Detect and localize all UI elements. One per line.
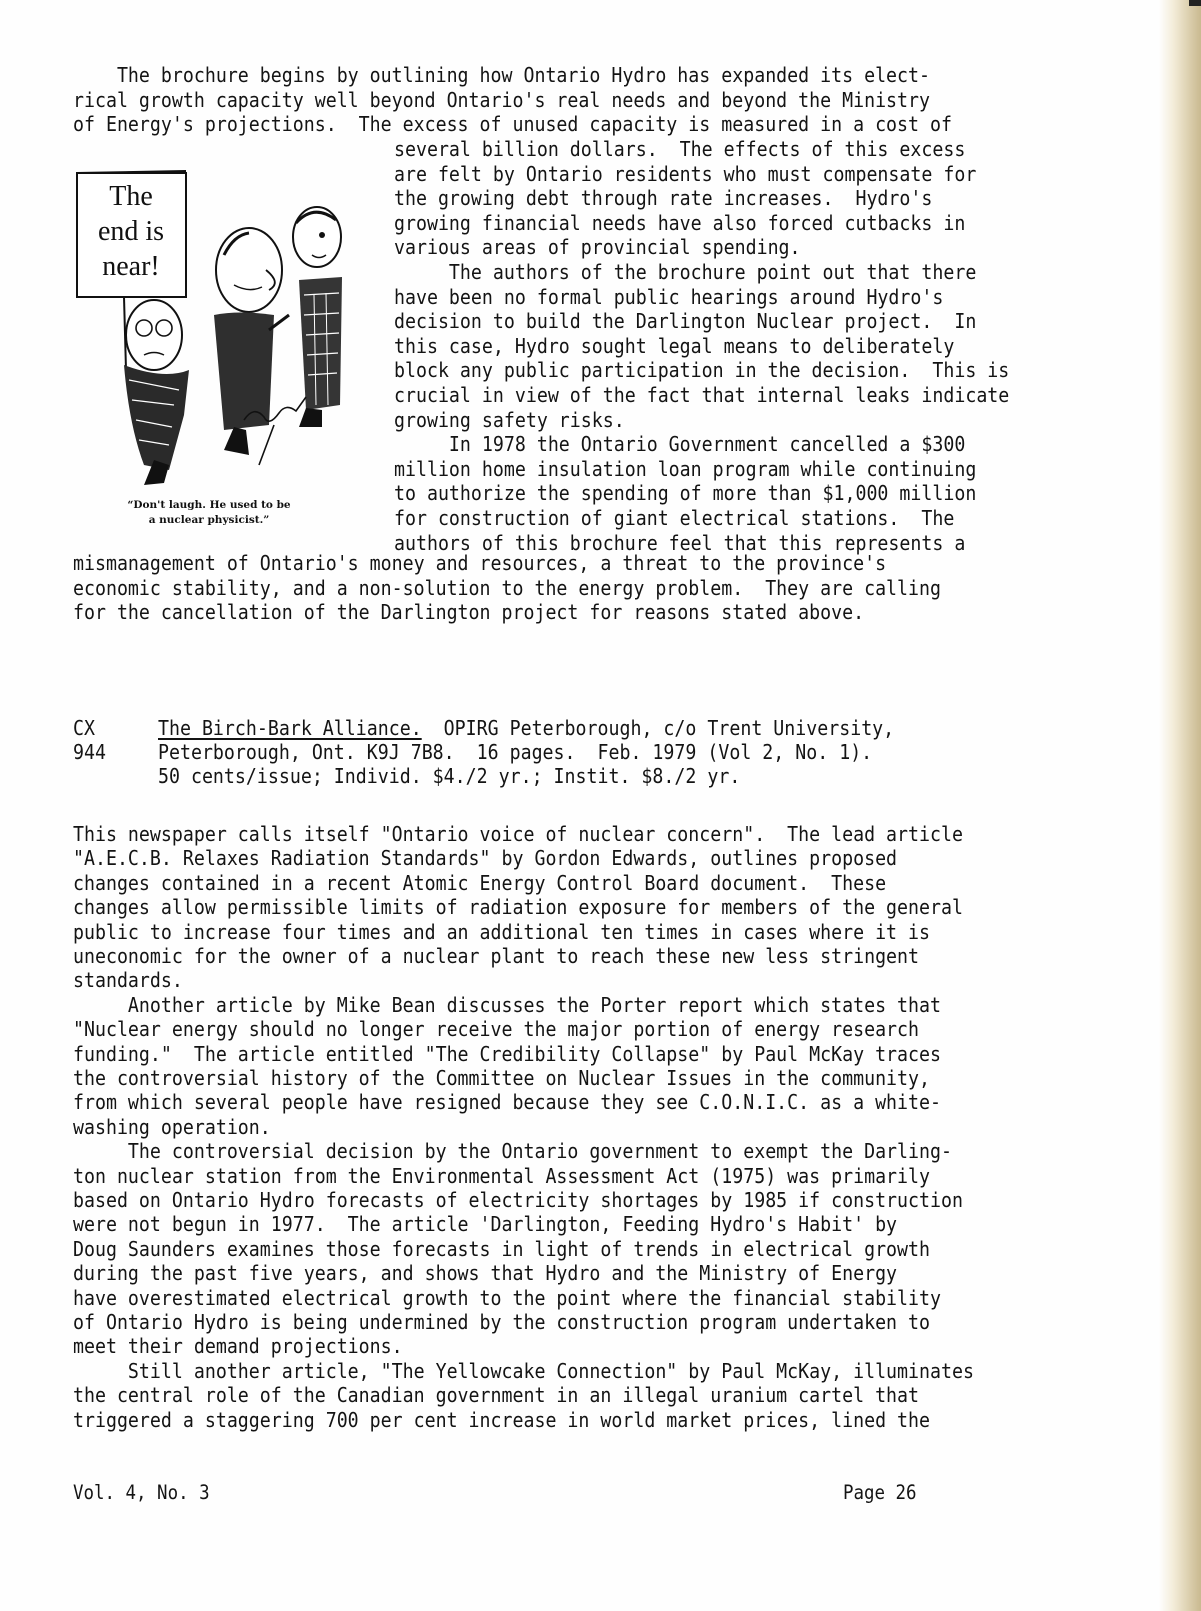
text-line: are felt by Ontario residents who must c…: [394, 162, 976, 186]
text-line: In 1978 the Ontario Government cancelled…: [394, 432, 965, 456]
text-line: of Energy's projections. The excess of u…: [73, 112, 952, 136]
text-line: Doug Saunders examines those forecasts i…: [73, 1237, 930, 1261]
entry-title: The Birch-Bark Alliance.: [158, 716, 422, 740]
cartoon-caption-line-1: “Don't laugh. He used to be: [74, 498, 344, 513]
text-line: Another article by Mike Bean discusses t…: [73, 993, 941, 1017]
text-line: for construction of giant electrical sta…: [394, 506, 954, 530]
text-line: growing safety risks.: [394, 408, 625, 432]
text-line: standards.: [73, 968, 183, 992]
text-line: the growing debt through rate increases.…: [394, 186, 932, 210]
text-line: "A.E.C.B. Relaxes Radiation Standards" b…: [73, 846, 897, 870]
entry-line-3: 50 cents/issue; Individ. $4./2 yr.; Inst…: [158, 764, 740, 788]
sign-text-2: end is: [98, 216, 164, 247]
text-line: crucial in view of the fact that interna…: [394, 383, 1009, 407]
entry-line-1: The Birch-Bark Alliance. OPIRG Peterboro…: [158, 716, 894, 740]
page-edge-binding: [1159, 0, 1201, 1611]
text-line: based on Ontario Hydro forecasts of elec…: [73, 1188, 963, 1212]
entry-code-1: CX: [73, 716, 95, 740]
text-line: the central role of the Canadian governm…: [73, 1383, 919, 1407]
text-line: this case, Hydro sought legal means to d…: [394, 334, 954, 358]
text-line: uneconomic for the owner of a nuclear pl…: [73, 944, 919, 968]
text-line: funding." The article entitled "The Cred…: [73, 1042, 941, 1066]
text-line: for the cancellation of the Darlington p…: [73, 600, 864, 624]
text-line: economic stability, and a non-solution t…: [73, 576, 941, 600]
cartoon-caption-line-2: a nuclear physicist.”: [74, 513, 344, 528]
text-line: The controversial decision by the Ontari…: [73, 1139, 952, 1163]
text-line: decision to build the Darlington Nuclear…: [394, 309, 976, 333]
sign-text-3: near!: [102, 251, 160, 282]
page-corner-mark: [1189, 0, 1201, 6]
entry-publisher: OPIRG Peterborough, c/o Trent University…: [422, 716, 894, 740]
footer-volume: Vol. 4, No. 3: [73, 1481, 210, 1505]
footer-page-number: Page 26: [843, 1481, 917, 1505]
text-line: mismanagement of Ontario's money and res…: [73, 551, 886, 575]
text-line: have been no formal public hearings arou…: [394, 285, 943, 309]
entry-line-2: Peterborough, Ont. K9J 7B8. 16 pages. Fe…: [158, 740, 872, 764]
text-line: ton nuclear station from the Environment…: [73, 1164, 930, 1188]
text-line: have overestimated electrical growth to …: [73, 1286, 941, 1310]
text-line: to authorize the spending of more than $…: [394, 481, 976, 505]
text-line: The authors of the brochure point out th…: [394, 260, 976, 284]
text-line: rical growth capacity well beyond Ontari…: [73, 88, 930, 112]
text-line: Still another article, "The Yellowcake C…: [73, 1359, 974, 1383]
text-line: "Nuclear energy should no longer receive…: [73, 1017, 919, 1041]
text-line: were not begun in 1977. The article 'Dar…: [73, 1212, 897, 1236]
text-line: changes contained in a recent Atomic Ene…: [73, 871, 886, 895]
text-line: This newspaper calls itself "Ontario voi…: [73, 822, 963, 846]
text-line: The brochure begins by outlining how Ont…: [73, 63, 930, 87]
text-line: meet their demand projections.: [73, 1334, 403, 1358]
text-line: during the past five years, and shows th…: [73, 1261, 897, 1285]
cartoon-illustration: The end is near!: [74, 165, 346, 490]
text-line: from which several people have resigned …: [73, 1090, 941, 1114]
text-line: triggered a staggering 700 per cent incr…: [73, 1408, 930, 1432]
text-line: several billion dollars. The effects of …: [394, 137, 965, 161]
document-page: The brochure begins by outlining how Ont…: [0, 0, 1201, 1611]
text-line: growing financial needs have also forced…: [394, 211, 965, 235]
text-line: the controversial history of the Committ…: [73, 1066, 930, 1090]
text-line: various areas of provincial spending.: [394, 235, 801, 259]
text-line: public to increase four times and an add…: [73, 920, 930, 944]
sign-text-1: The: [109, 181, 153, 212]
text-line: million home insulation loan program whi…: [394, 457, 976, 481]
entry-code-2: 944: [73, 740, 106, 764]
text-line: washing operation.: [73, 1115, 271, 1139]
text-line: block any public participation in the de…: [394, 358, 1009, 382]
text-line: changes allow permissible limits of radi…: [73, 895, 963, 919]
text-line: of Ontario Hydro is being undermined by …: [73, 1310, 930, 1334]
